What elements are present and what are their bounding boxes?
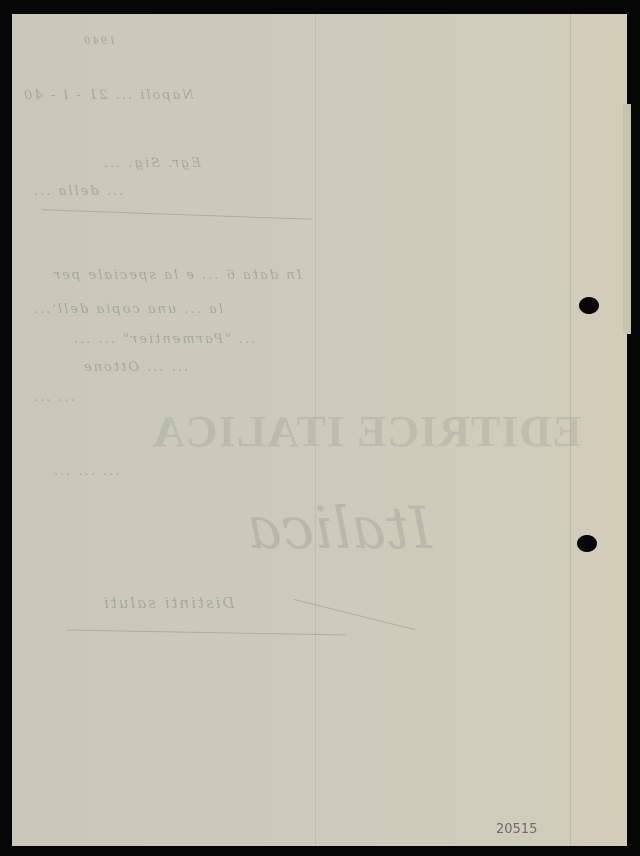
bleed-line: ... della ... — [32, 184, 123, 199]
archive-number: 20515 — [496, 822, 537, 837]
punch-hole — [579, 297, 599, 314]
bleed-line: ... "Parmentier" ... ... — [72, 332, 255, 347]
script-logo: Italica — [247, 494, 432, 562]
pencil-stroke — [294, 599, 416, 630]
letterhead-stamp: EDITRICE ITALICA — [152, 406, 582, 457]
pencil-stroke — [42, 209, 312, 219]
bleed-line: ... ... ... — [52, 464, 119, 479]
document-page: 1940 Napoli ... 21 - I - 40 Egr. Sig. ..… — [12, 14, 627, 846]
paper-edge — [623, 104, 631, 334]
punch-hole — [577, 535, 597, 552]
bleed-line: In data 6 ... e la speciale per — [52, 268, 302, 283]
pencil-stroke — [67, 630, 347, 636]
bleed-date: 1940 — [82, 36, 115, 47]
signature: Distinti saluti — [102, 594, 235, 612]
bleed-line: ... ... Ottone — [82, 360, 188, 375]
bleed-line: Egr. Sig. ... — [102, 156, 201, 171]
bleed-line: Napoli ... 21 - I - 40 — [22, 88, 194, 103]
bleed-line: la ... una copia dell'... — [32, 302, 223, 317]
bleed-line: ... ... — [32, 390, 75, 405]
